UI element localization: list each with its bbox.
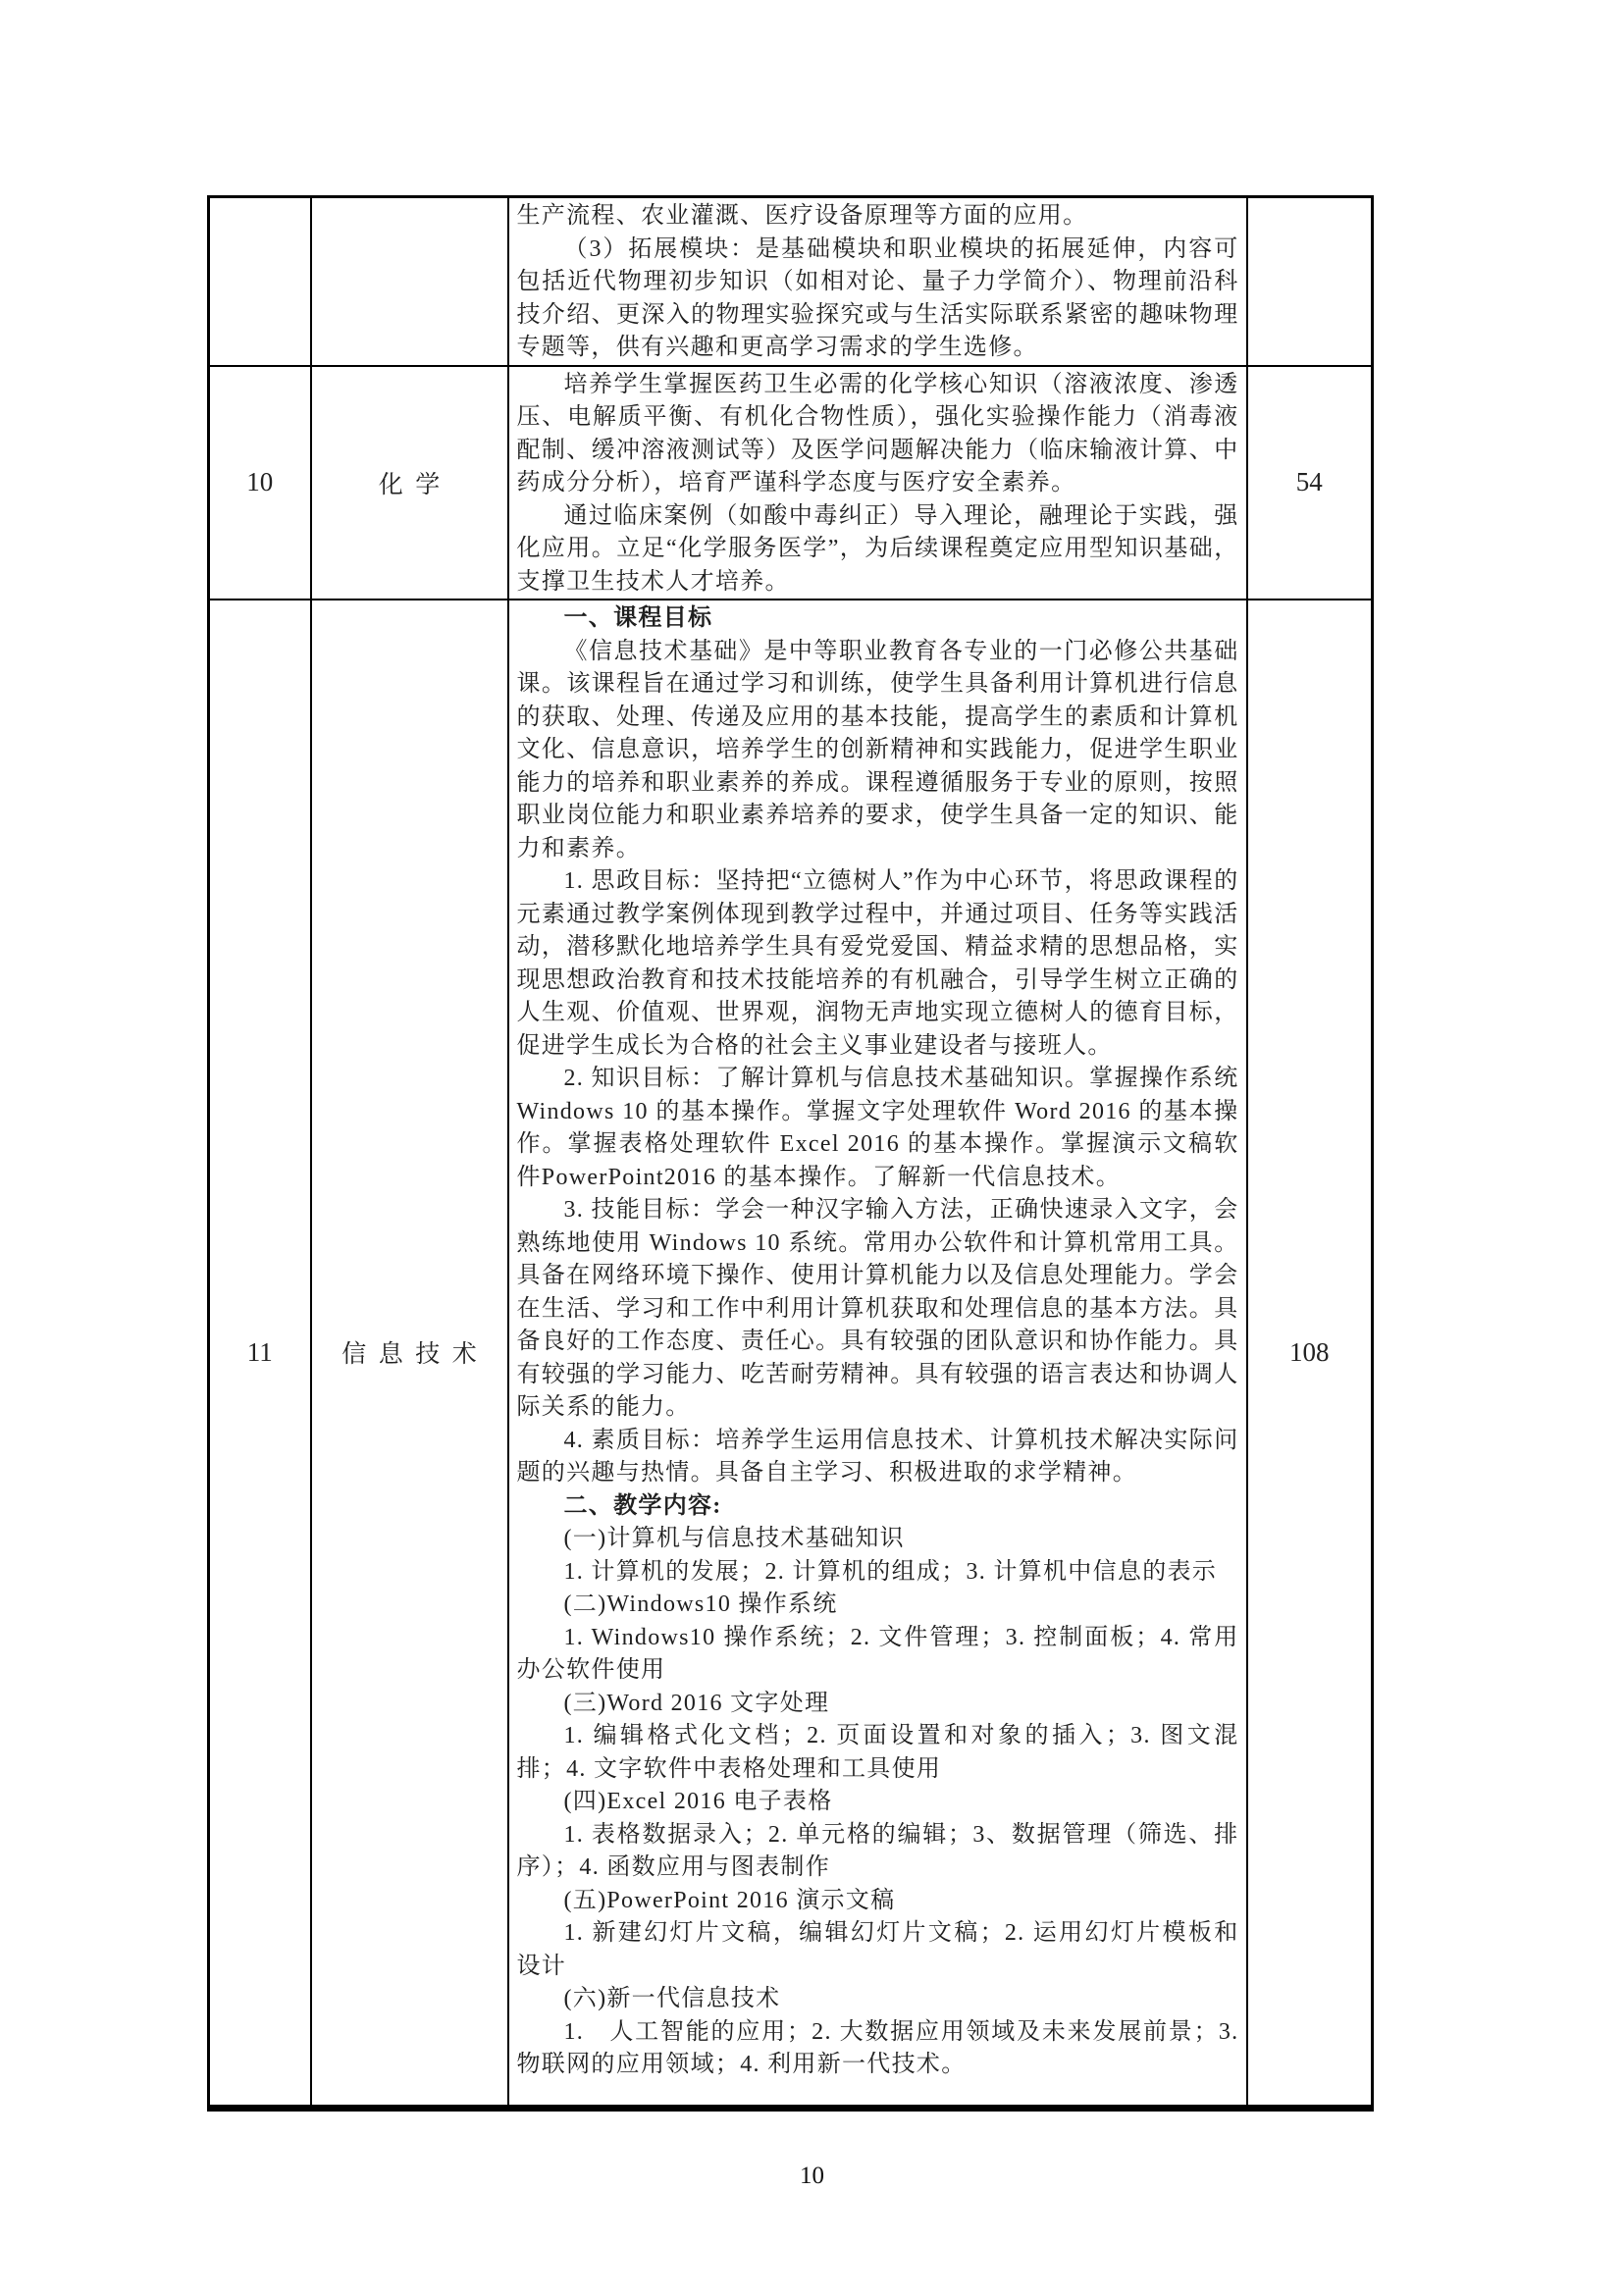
course-name-cell: [311, 197, 508, 366]
description-paragraph: （3）拓展模块：是基础模块和职业模块的拓展延伸，内容可包括近代物理初步知识（如相…: [517, 234, 1239, 365]
description-paragraph: (三)Word 2016 文字处理: [517, 1688, 1239, 1721]
description-paragraph: 3. 技能目标：学会一种汉字输入方法，正确快速录入文字，会熟练地使用 Windo…: [517, 1194, 1239, 1425]
description-paragraph: 1. 新建幻灯片文稿，编辑幻灯片文稿；2. 运用幻灯片模板和设计: [517, 1917, 1239, 1983]
description-paragraph: (五)PowerPoint 2016 演示文稿: [517, 1885, 1239, 1918]
course-description-cell: 一、课程目标 《信息技术基础》是中等职业教育各专业的一门必修公共基础课。该课程旨…: [508, 600, 1247, 2108]
description-paragraph: 1. 表格数据录入；2. 单元格的编辑；3、数据管理（筛选、排序）；4. 函数应…: [517, 1819, 1239, 1885]
course-number-cell: [209, 197, 311, 366]
course-description-cell: 生产流程、农业灌溉、医疗设备原理等方面的应用。 （3）拓展模块：是基础模块和职业…: [508, 197, 1247, 366]
description-paragraph: 1. Windows10 操作系统；2. 文件管理；3. 控制面板；4. 常用办…: [517, 1622, 1239, 1688]
course-number-cell: 11: [209, 600, 311, 2108]
course-number-cell: 10: [209, 366, 311, 600]
section-heading-course-objectives: 一、课程目标: [517, 602, 1239, 636]
description-paragraph: (六)新一代信息技术: [517, 1983, 1239, 2016]
page-number: 10: [0, 2163, 1624, 2190]
description-paragraph: (四)Excel 2016 电子表格: [517, 1786, 1239, 1819]
description-paragraph: 培养学生掌握医药卫生必需的化学核心知识（溶液浓度、渗透压、电解质平衡、有机化合物…: [517, 369, 1239, 500]
course-name-label: 信息技术: [341, 1341, 489, 1368]
description-paragraph: 4. 素质目标：培养学生运用信息技术、计算机技术解决实际问题的兴趣与热情。具备自…: [517, 1425, 1239, 1490]
course-hours-cell: [1247, 197, 1373, 366]
document-page: 生产流程、农业灌溉、医疗设备原理等方面的应用。 （3）拓展模块：是基础模块和职业…: [0, 0, 1624, 2295]
course-hours-cell: 108: [1247, 600, 1373, 2108]
curriculum-table: 生产流程、农业灌溉、医疗设备原理等方面的应用。 （3）拓展模块：是基础模块和职业…: [207, 195, 1374, 2112]
description-paragraph: 《信息技术基础》是中等职业教育各专业的一门必修公共基础课。该课程旨在通过学习和训…: [517, 636, 1239, 866]
table-row-physics-continuation: 生产流程、农业灌溉、医疗设备原理等方面的应用。 （3）拓展模块：是基础模块和职业…: [209, 197, 1373, 366]
course-name-label: 化学: [379, 472, 452, 498]
description-paragraph: 1. 编辑格式化文档；2. 页面设置和对象的插入；3. 图文混排；4. 文字软件…: [517, 1720, 1239, 1786]
description-paragraph: 通过临床案例（如酸中毒纠正）导入理论，融理论于实践，强化应用。立足“化学服务医学…: [517, 500, 1239, 600]
section-heading-teaching-content: 二、教学内容:: [517, 1490, 1239, 1524]
description-paragraph: 1. 计算机的发展；2. 计算机的组成；3. 计算机中信息的表示: [517, 1556, 1239, 1590]
description-paragraph: 1. 思政目标：坚持把“立德树人”作为中心环节，将思政课程的元素通过教学案例体现…: [517, 865, 1239, 1063]
course-name-cell: 化学: [311, 366, 508, 600]
course-hours-cell: 54: [1247, 366, 1373, 600]
course-description-cell: 培养学生掌握医药卫生必需的化学核心知识（溶液浓度、渗透压、电解质平衡、有机化合物…: [508, 366, 1247, 600]
table-row-chemistry: 10 化学 培养学生掌握医药卫生必需的化学核心知识（溶液浓度、渗透压、电解质平衡…: [209, 366, 1373, 600]
table-row-information-technology: 11 信息技术 一、课程目标 《信息技术基础》是中等职业教育各专业的一门必修公共…: [209, 600, 1373, 2108]
description-paragraph: 1. 人工智能的应用；2. 大数据应用领域及未来发展前景；3. 物联网的应用领域…: [517, 2016, 1239, 2082]
description-paragraph: 生产流程、农业灌溉、医疗设备原理等方面的应用。: [517, 200, 1239, 234]
description-paragraph: 2. 知识目标：了解计算机与信息技术基础知识。掌握操作系统 Windows 10…: [517, 1063, 1239, 1194]
description-paragraph: (二)Windows10 操作系统: [517, 1589, 1239, 1622]
description-paragraph: (一)计算机与信息技术基础知识: [517, 1523, 1239, 1556]
course-name-cell: 信息技术: [311, 600, 508, 2108]
